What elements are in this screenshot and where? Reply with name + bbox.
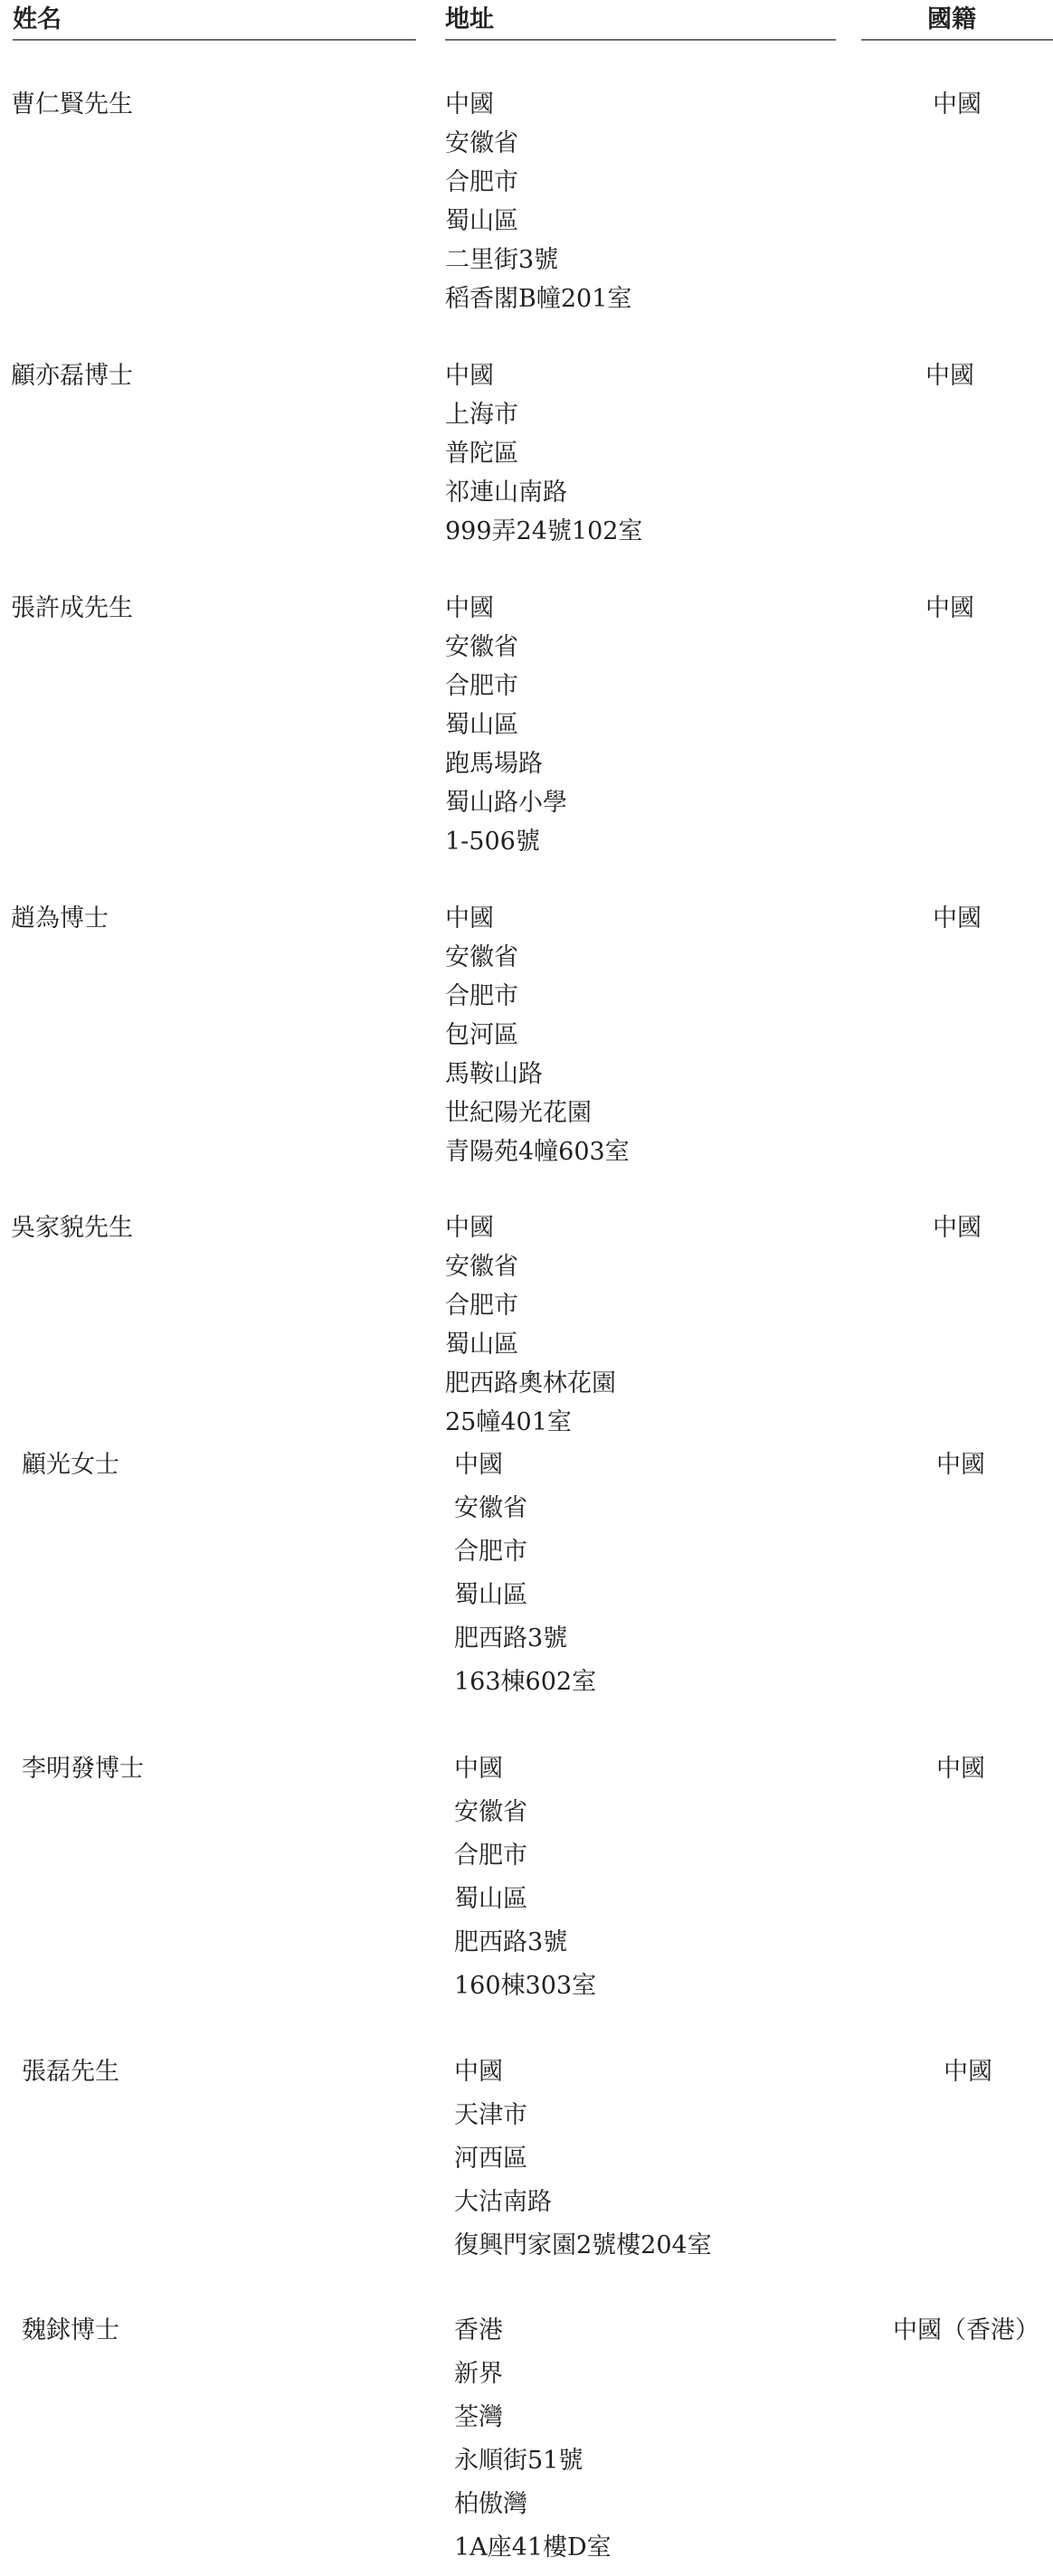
- director-address: 中國 安徽省 合肥市 蜀山區 肥西路奧林花園 25幢401室: [445, 1214, 616, 1447]
- address-line: 蜀山區: [445, 207, 631, 246]
- address-line: 二里街3號: [445, 246, 631, 285]
- director-nationality: 中國（香港）: [876, 2316, 1053, 2345]
- address-line: 河西區: [454, 2145, 712, 2188]
- header-rule-nationality: [861, 39, 1053, 41]
- address-line: 160棟303室: [454, 1972, 596, 2015]
- director-nationality: 中國: [867, 1214, 1048, 1243]
- director-name: 李明發博士: [22, 1755, 144, 1784]
- address-line: 蜀山區: [445, 711, 567, 750]
- address-line: 馬鞍山路: [445, 1060, 630, 1099]
- director-name: 曹仁賢先生: [11, 90, 133, 119]
- address-line: 25幢401室: [445, 1408, 616, 1447]
- address-line: 中國: [445, 362, 642, 401]
- address-line: 跑馬場路: [445, 750, 567, 789]
- address-line: 合肥市: [445, 168, 631, 207]
- address-line: 1A座41樓D室: [454, 2533, 612, 2576]
- address-line: 蜀山區: [454, 1885, 596, 1928]
- director-name: 吳家貌先生: [11, 1214, 133, 1243]
- director-nationality: 中國: [870, 1451, 1051, 1480]
- address-line: 肥西路3號: [454, 1624, 596, 1668]
- address-line: 永順街51號: [454, 2447, 612, 2490]
- address-line: 祁連山南路: [445, 478, 642, 517]
- director-address: 中國 安徽省 合肥市 包河區 馬鞍山路 世紀陽光花園 青陽苑4幢603室: [445, 904, 630, 1177]
- director-address: 中國 安徽省 合肥市 蜀山區 二里街3號 稻香閣B幢201室: [445, 90, 631, 324]
- address-line: 安徽省: [445, 633, 567, 672]
- column-header-nationality: 國籍: [927, 5, 976, 34]
- director-name: 顧光女士: [22, 1451, 119, 1480]
- director-nationality: 中國: [867, 904, 1048, 933]
- address-line: 香港: [454, 2316, 612, 2360]
- director-address: 中國 天津市 河西區 大沽南路 復興門家園2號樓204室: [454, 2058, 712, 2275]
- address-line: 中國: [454, 1755, 596, 1798]
- address-line: 1-506號: [445, 828, 567, 867]
- address-line: 安徽省: [445, 129, 631, 168]
- column-header-name: 姓名: [13, 5, 62, 34]
- address-line: 合肥市: [454, 1842, 596, 1885]
- address-line: 中國: [445, 904, 630, 943]
- column-header-address: 地址: [445, 5, 494, 34]
- address-line: 柏傲灣: [454, 2490, 612, 2533]
- director-nationality: 中國: [867, 90, 1048, 119]
- director-address: 中國 安徽省 合肥市 蜀山區 跑馬場路 蜀山路小學 1-506號: [445, 594, 567, 867]
- address-line: 荃灣: [454, 2403, 612, 2447]
- director-address: 中國 安徽省 合肥市 蜀山區 肥西路3號 160棟303室: [454, 1755, 596, 2015]
- address-line: 中國: [445, 1214, 616, 1253]
- address-line: 復興門家園2號樓204室: [454, 2231, 712, 2275]
- address-line: 稻香閣B幢201室: [445, 285, 631, 324]
- address-line: 999弄24號102室: [445, 517, 642, 556]
- director-address: 中國 上海市 普陀區 祁連山南路 999弄24號102室: [445, 362, 642, 556]
- director-address: 中國 安徽省 合肥市 蜀山區 肥西路3號 163棟602室: [454, 1451, 596, 1711]
- director-nationality: 中國: [870, 1755, 1051, 1784]
- address-line: 青陽苑4幢603室: [445, 1138, 630, 1177]
- address-line: 163棟602室: [454, 1668, 596, 1711]
- address-line: 安徽省: [454, 1494, 596, 1538]
- director-nationality: 中國: [859, 362, 1040, 391]
- address-line: 上海市: [445, 401, 642, 440]
- address-line: 中國: [445, 90, 631, 129]
- address-line: 大沽南路: [454, 2188, 712, 2231]
- address-line: 蜀山區: [454, 1581, 596, 1624]
- address-line: 合肥市: [445, 672, 567, 711]
- address-line: 安徽省: [454, 1798, 596, 1842]
- header-rule-name: [13, 39, 416, 41]
- director-nationality: 中國: [859, 594, 1040, 623]
- address-line: 肥西路3號: [454, 1928, 596, 1972]
- header-rule-address: [445, 39, 836, 41]
- address-line: 世紀陽光花園: [445, 1099, 630, 1138]
- address-line: 中國: [445, 594, 567, 633]
- address-line: 中國: [454, 2058, 712, 2101]
- director-name: 趙為博士: [11, 904, 109, 933]
- director-name: 魏銶博士: [22, 2316, 119, 2345]
- address-line: 天津市: [454, 2101, 712, 2145]
- address-line: 蜀山路小學: [445, 789, 567, 828]
- address-line: 安徽省: [445, 1253, 616, 1292]
- director-name: 張磊先生: [22, 2058, 119, 2087]
- director-nationality: 中國: [877, 2058, 1053, 2087]
- address-line: 合肥市: [445, 982, 630, 1021]
- address-line: 合肥市: [454, 1538, 596, 1581]
- address-line: 普陀區: [445, 440, 642, 478]
- address-line: 安徽省: [445, 943, 630, 982]
- director-address: 香港 新界 荃灣 永順街51號 柏傲灣 1A座41樓D室: [454, 2316, 612, 2576]
- address-line: 肥西路奧林花園: [445, 1369, 616, 1408]
- director-name: 張許成先生: [11, 594, 133, 623]
- address-line: 新界: [454, 2360, 612, 2403]
- address-line: 包河區: [445, 1021, 630, 1060]
- address-line: 中國: [454, 1451, 596, 1494]
- director-name: 顧亦磊博士: [11, 362, 133, 391]
- address-line: 蜀山區: [445, 1331, 616, 1369]
- address-line: 合肥市: [445, 1292, 616, 1331]
